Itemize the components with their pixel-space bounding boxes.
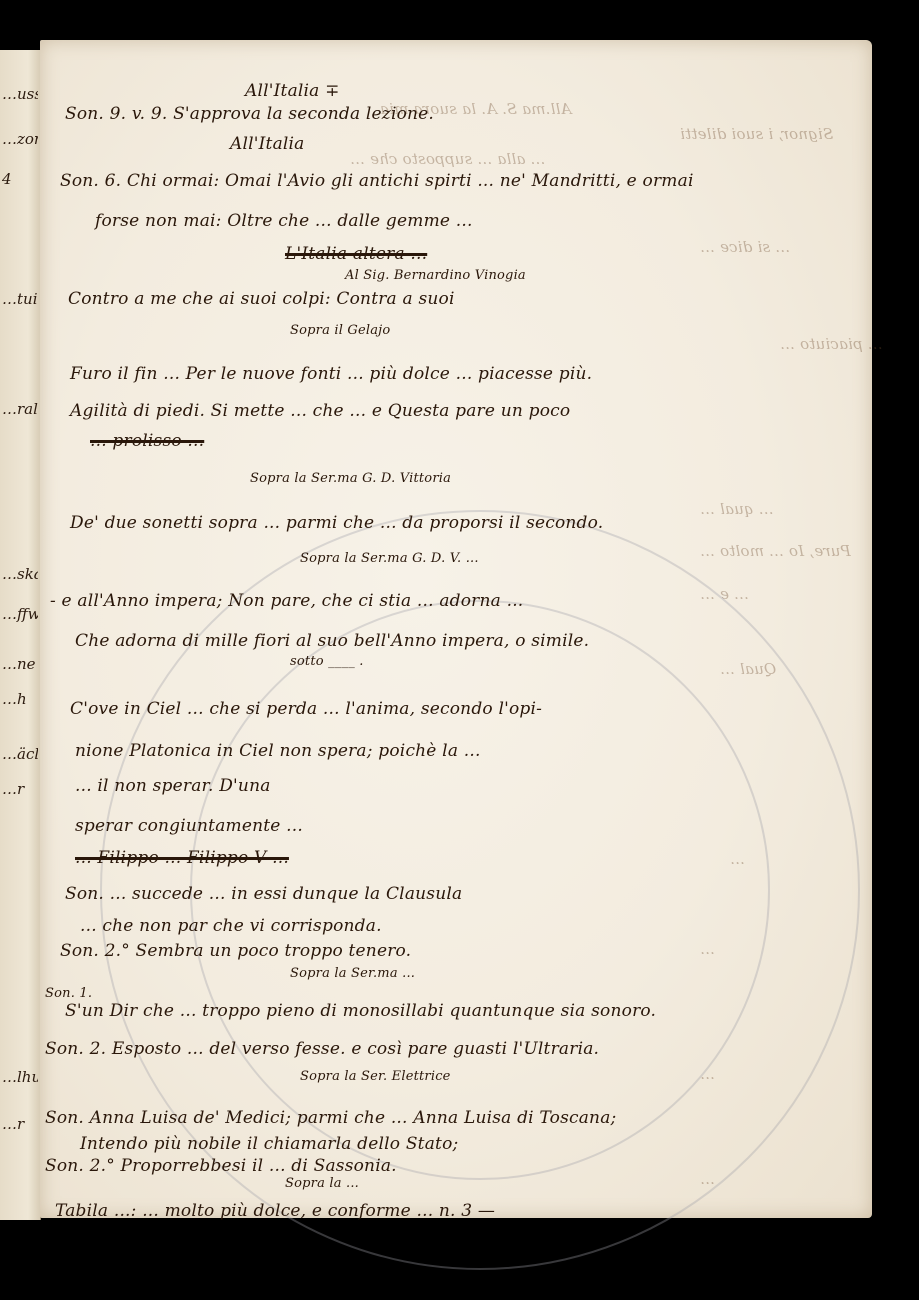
bleed-through-text: ... qual ...	[700, 500, 774, 518]
bleed-through-text: Signor, i suoi diletti	[680, 125, 833, 143]
manuscript-line: Sopra la Ser.ma G. D. Vittoria	[250, 471, 451, 486]
manuscript-line: Agilità di piedi. Si mette ... che ... e…	[70, 401, 570, 421]
manuscript-heading: All'Italia ∓	[245, 81, 340, 101]
manuscript-line: De' due sonetti sopra ... parmi che ... …	[70, 513, 603, 533]
manuscript-line: ... Filippo ... Filippo V ...	[75, 848, 289, 868]
bleed-through-text: Qual ...	[720, 660, 776, 678]
bleed-through-text: ... si dice ...	[700, 238, 790, 256]
manuscript-line: Furo il fin ... Per le nuove fonti ... p…	[70, 364, 592, 384]
manuscript-line: sotto ____ .	[290, 654, 364, 669]
manuscript-line: Che adorna di mille fiori al suo bell'An…	[75, 631, 589, 651]
manuscript-line: Sopra la Ser.ma ...	[290, 966, 415, 981]
manuscript-line: Sopra la Ser. Elettrice	[300, 1069, 451, 1084]
manuscript-line: Son. 2.° Sembra un poco troppo tenero.	[60, 941, 411, 961]
manuscript-line: S'un Dir che ... troppo pieno di monosil…	[65, 1001, 656, 1021]
manuscript-line: Al Sig. Bernardino Vinogia	[345, 268, 526, 283]
left-folio-fragment: …h	[2, 690, 38, 708]
left-folio-fragment: …zon	[2, 130, 38, 148]
left-folio-fragment: …ussi	[2, 85, 38, 103]
manuscript-line: Sopra la Ser.ma G. D. V. ...	[300, 551, 479, 566]
manuscript-line: ... che non par che vi corrisponda.	[80, 916, 382, 936]
manuscript-line: Contro a me che ai suoi colpi: Contra a …	[68, 289, 455, 309]
manuscript-line: C'ove in Ciel ... che si perda ... l'ani…	[70, 699, 542, 719]
left-folio-fragment: …ne	[2, 655, 38, 673]
manuscript-line: ... prolisso ...	[90, 431, 204, 451]
manuscript-line: sperar congiuntamente ...	[75, 816, 303, 836]
manuscript-line: Sopra la ...	[285, 1176, 359, 1191]
left-folio-fragment: …ffw	[2, 605, 38, 623]
left-folio-fragment: …ska	[2, 565, 38, 583]
bleed-through-text: ...	[700, 1170, 715, 1188]
bleed-through-text: ...	[700, 1065, 715, 1083]
manuscript-line: Son. 9. v. 9. S'approva la seconda lezio…	[65, 104, 434, 124]
manuscript-line: Tabila ...: ... molto più dolce, e confo…	[55, 1201, 495, 1221]
left-folio-fragment: …r	[2, 1115, 38, 1133]
bleed-through-text: ... piaciuto ...	[780, 335, 883, 353]
left-folio-fragment: …r	[2, 780, 38, 798]
bleed-through-text: ... e ...	[700, 585, 749, 603]
left-folio-fragment: 4	[2, 170, 38, 188]
manuscript-line: Intendo più nobile il chiamarla dello St…	[80, 1134, 458, 1154]
bleed-through-text: ...	[730, 850, 745, 868]
manuscript-line: L'Italia altera ...	[285, 244, 427, 264]
manuscript-line: Son. 2.° Proporrebbesi il ... di Sassoni…	[45, 1156, 397, 1176]
manuscript-heading: All'Italia	[230, 134, 305, 154]
manuscript-line: Son. Anna Luisa de' Medici; parmi che ..…	[45, 1108, 616, 1128]
bleed-through-text: Pure, Io ... molto ...	[700, 542, 851, 560]
bleed-through-text: ...	[700, 940, 715, 958]
manuscript-line: Son. 1.	[45, 986, 92, 1001]
left-folio-fragment: …ralw	[2, 400, 38, 418]
manuscript-line: Son. 6. Chi ormai: Omai l'Avio gli antic…	[60, 171, 694, 191]
manuscript-line: - e all'Anno impera; Non pare, che ci st…	[50, 591, 523, 611]
left-adjacent-folio: …ussi…zon4…tuio.…ralw…ska…ffw…ne…h…äcli……	[0, 50, 41, 1220]
left-folio-fragment: …lhu	[2, 1068, 38, 1086]
left-folio-fragment: …tuio.	[2, 290, 38, 308]
manuscript-line: forse non mai: Oltre che ... dalle gemme…	[95, 211, 473, 231]
manuscript-line: Son. ... succede ... in essi dunque la C…	[65, 884, 462, 904]
manuscript-line: ... il non sperar. D'una	[75, 776, 271, 796]
manuscript-line: Sopra il Gelajo	[290, 323, 390, 338]
bleed-through-text: ... alla ... supposto che ...	[350, 150, 545, 168]
manuscript-line: Son. 2. Esposto ... del verso fesse. e c…	[45, 1039, 599, 1059]
manuscript-line: nione Platonica in Ciel non spera; poich…	[75, 741, 481, 761]
left-folio-fragment: …äcli	[2, 745, 38, 763]
